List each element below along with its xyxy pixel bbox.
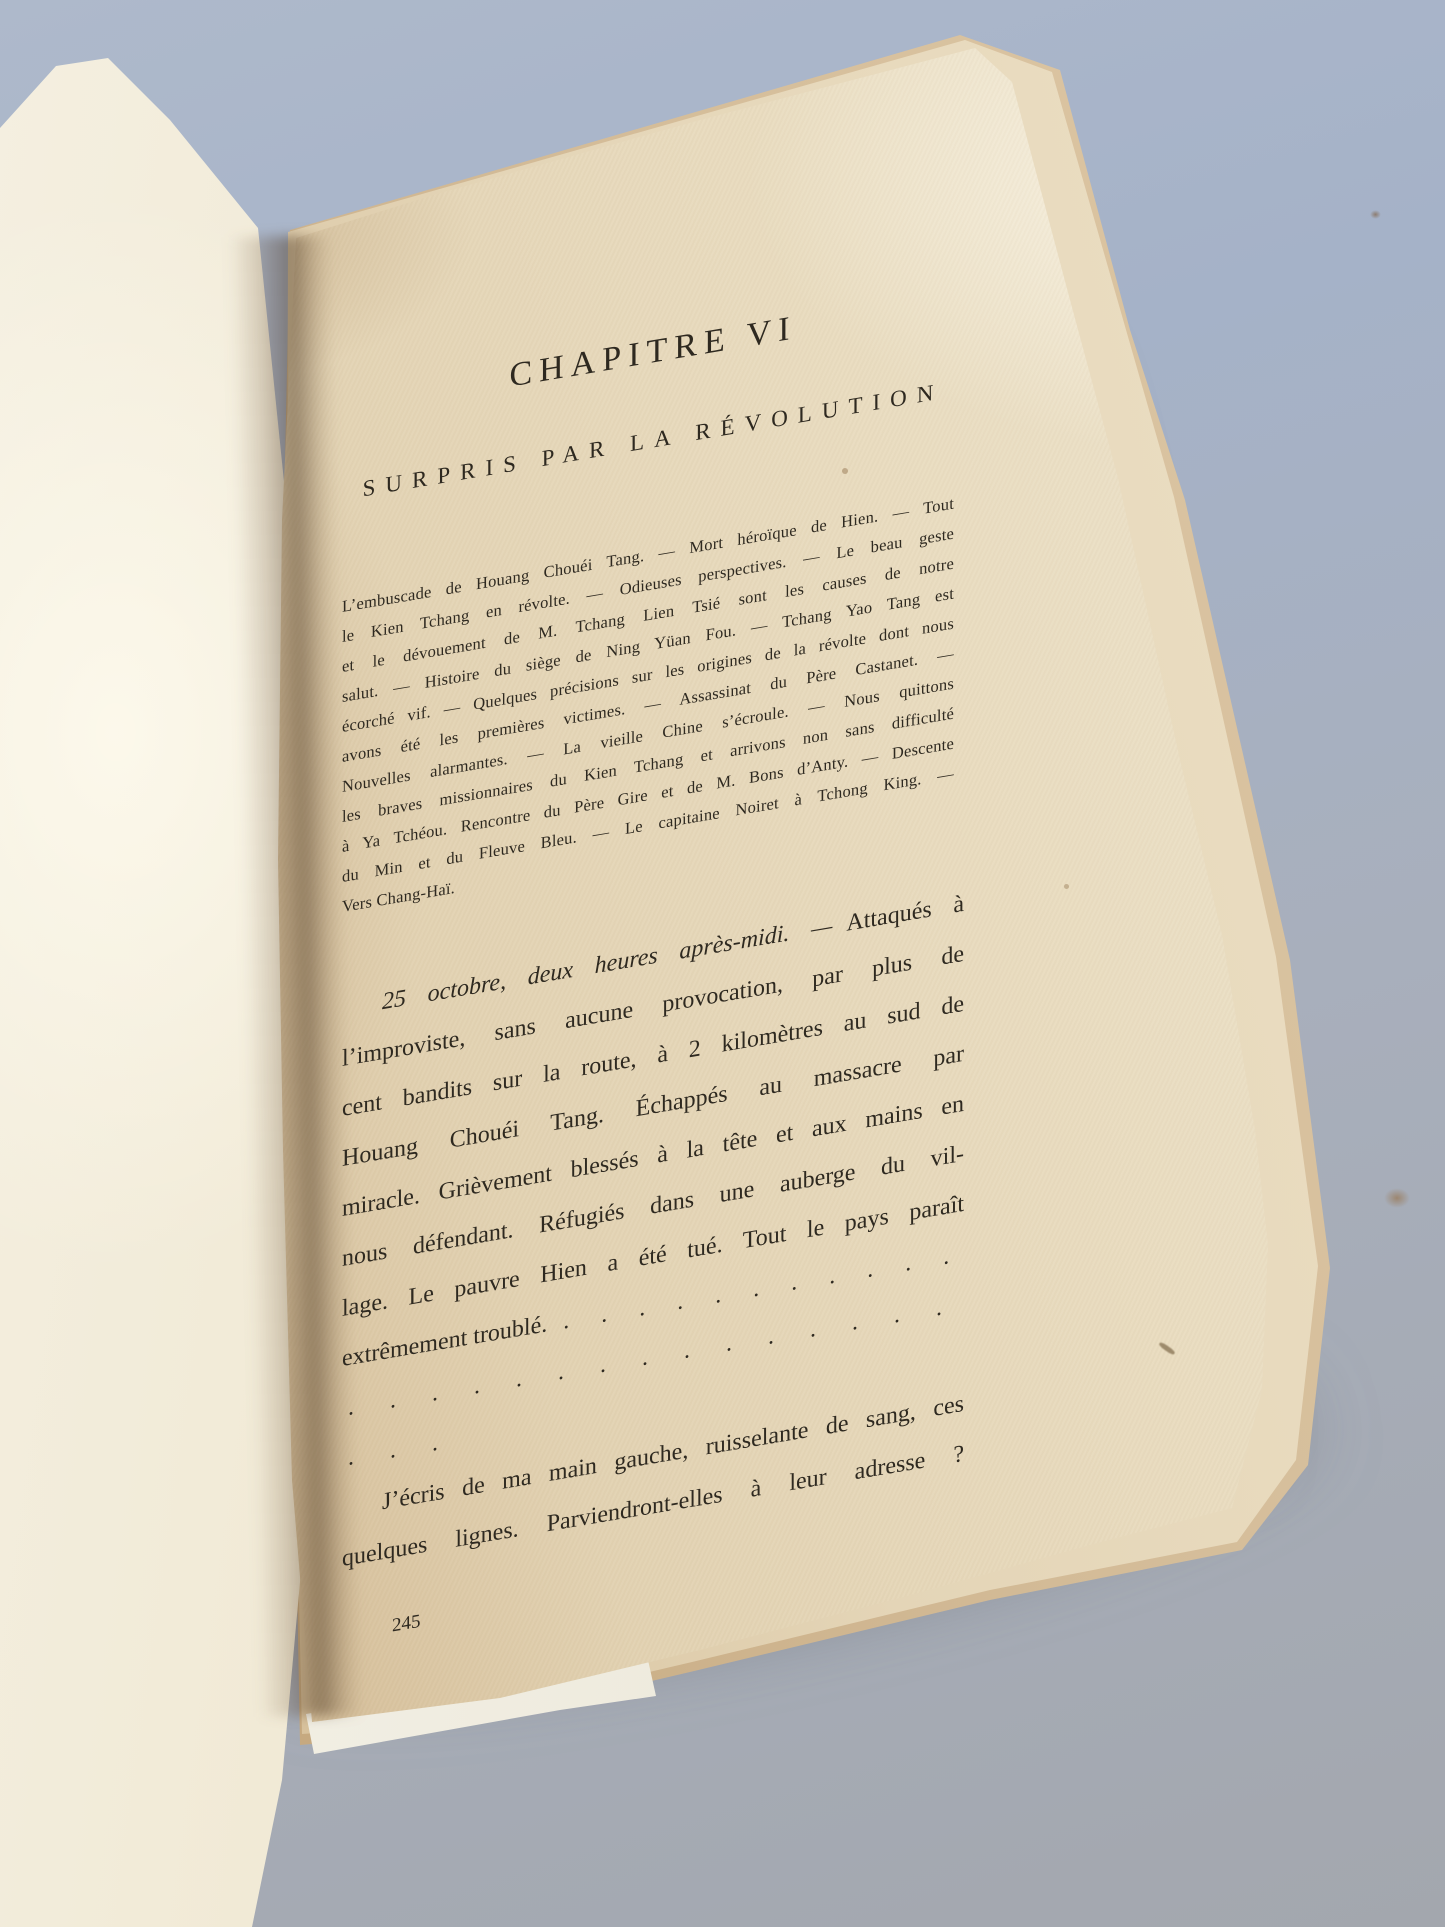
first-line-rest: Attaqués à [846,891,964,937]
paper-stain [1370,210,1381,219]
book-photo-scene: CHAPITRE VI SURPRIS PAR LA RÉVOLUTION L’… [0,0,1445,1927]
paper-stain [1064,884,1069,889]
paper-stain [1384,1188,1410,1208]
page-text-block: CHAPITRE VI SURPRIS PAR LA RÉVOLUTION L’… [342,265,964,1646]
chapter-summary: L’embuscade de Houang Chouéi Tang. — Mor… [342,488,954,922]
body-paragraph-1: 25 octobre, deux heures après-midi. —Att… [342,879,964,1484]
